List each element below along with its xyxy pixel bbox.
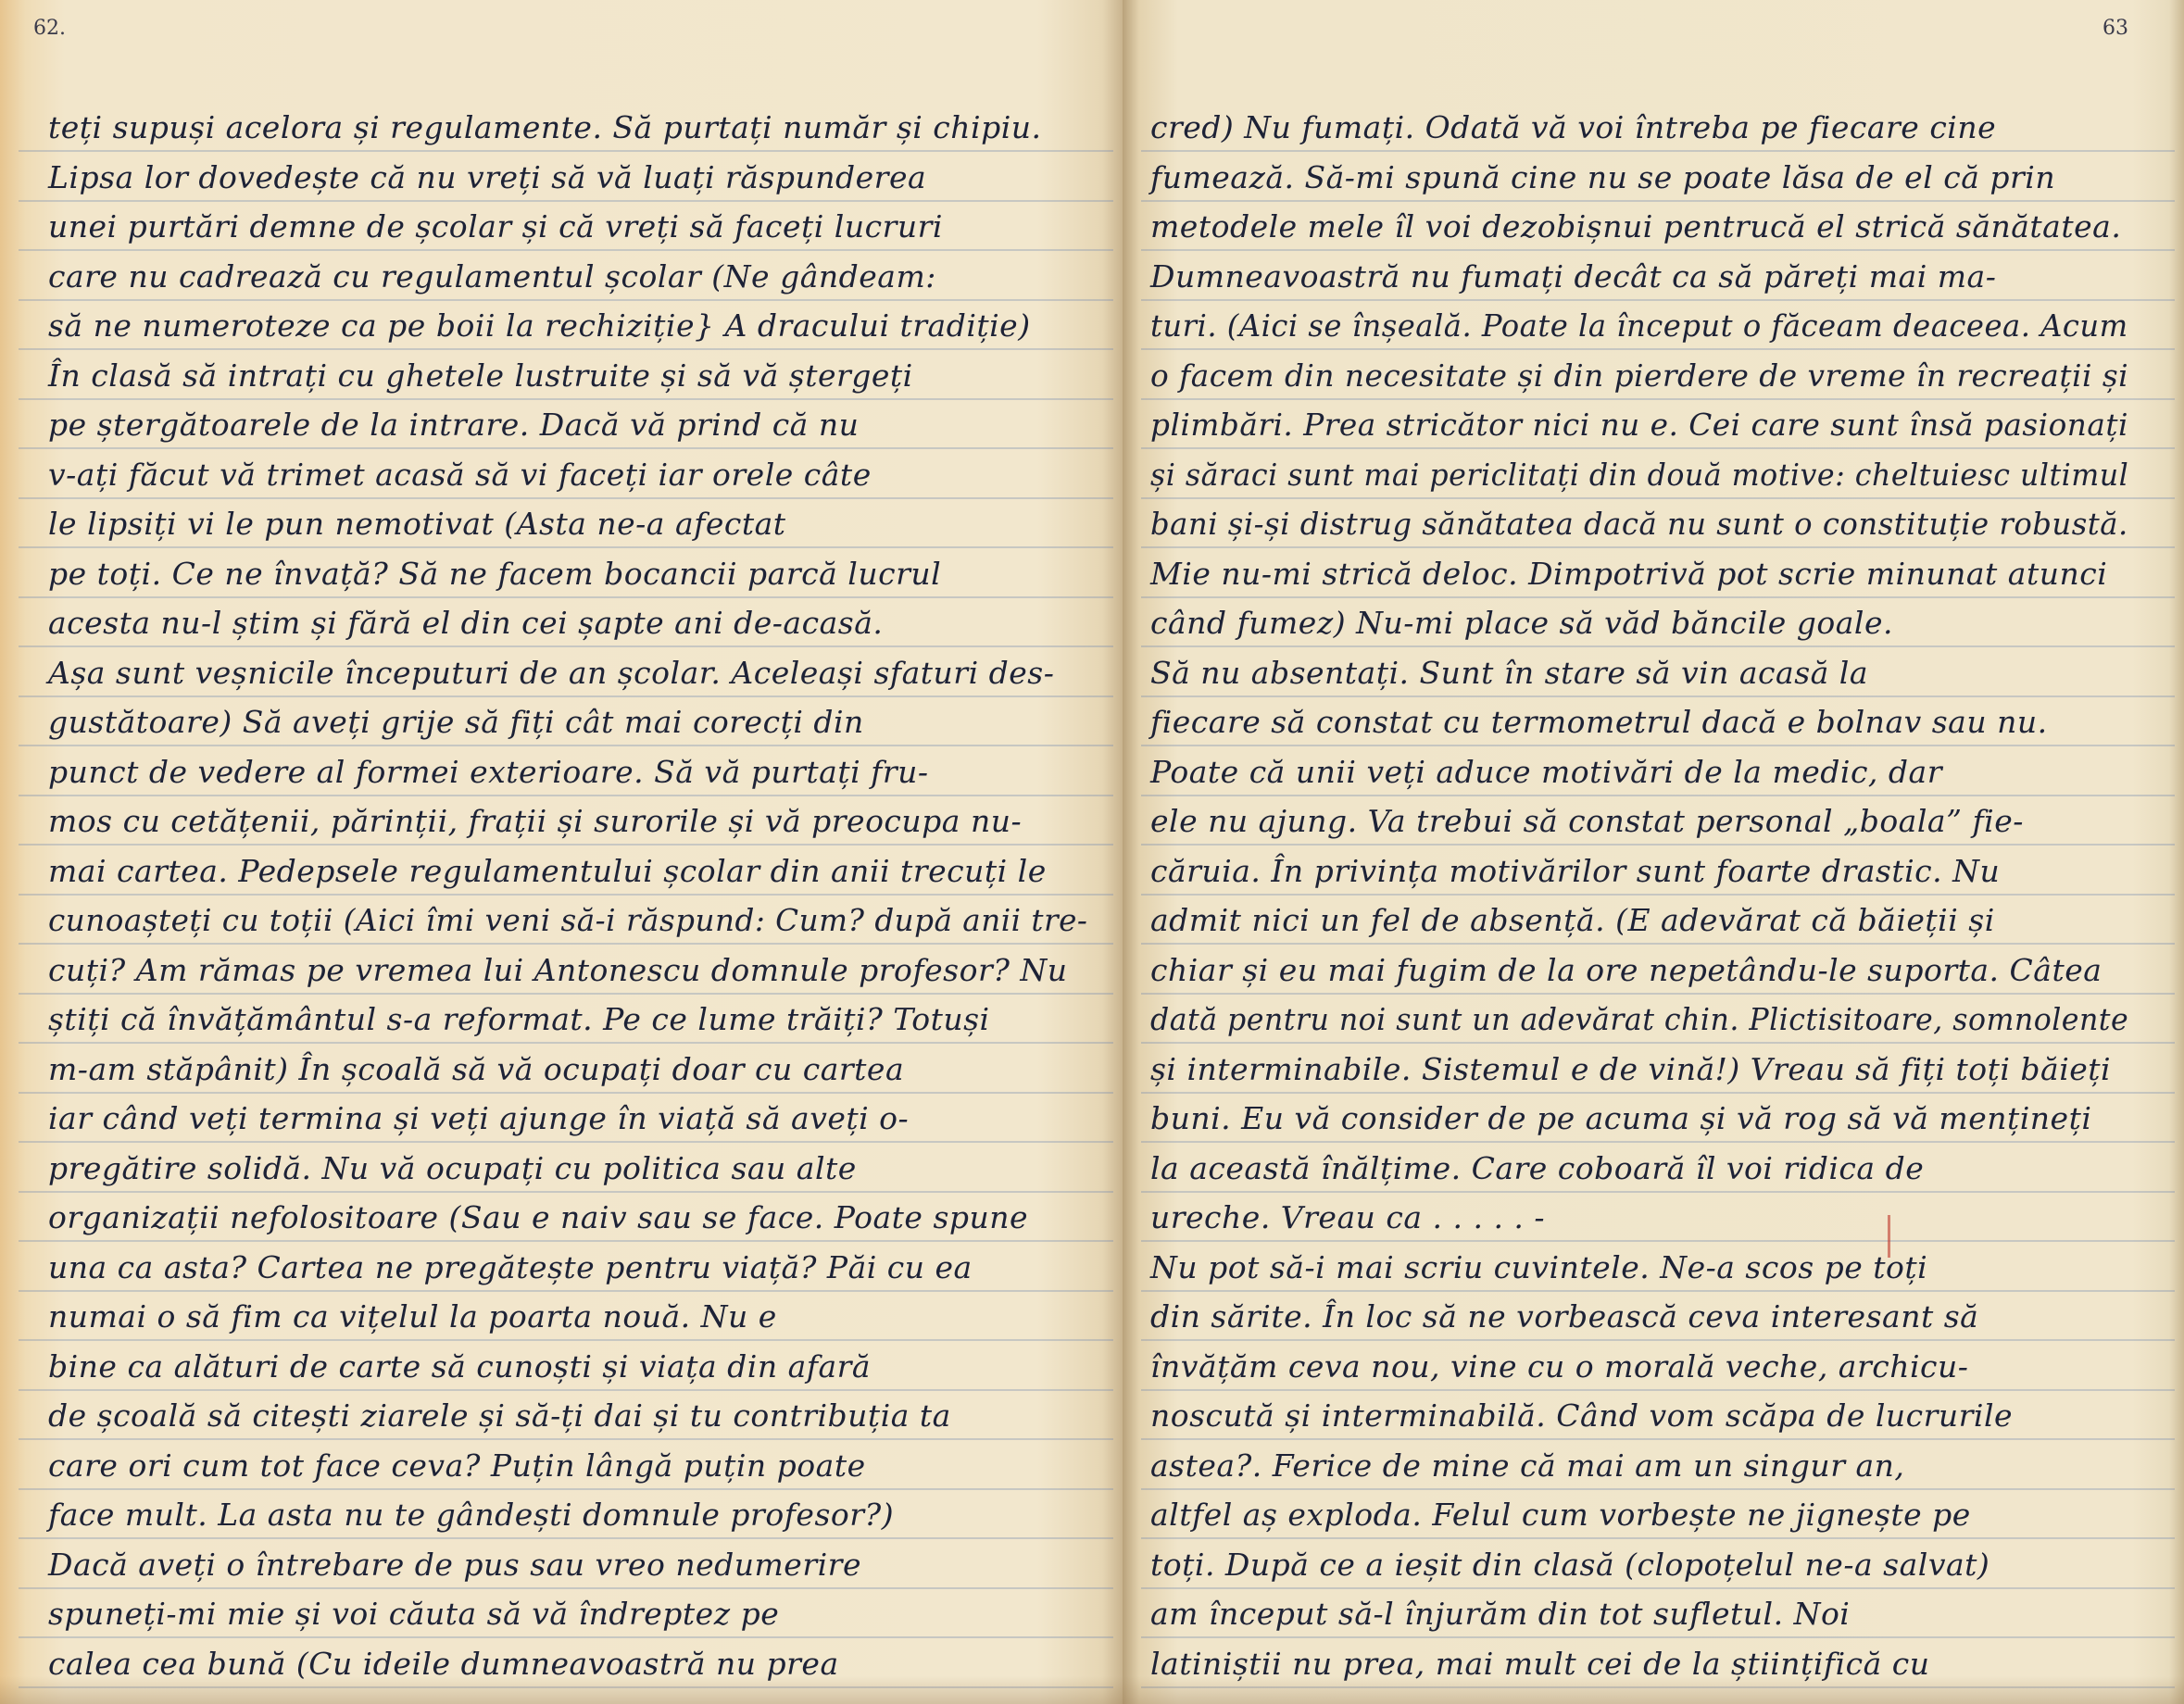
- right-page: 63 cred) Nu fumați. Odată vă voi întreba…: [1123, 0, 2184, 1704]
- left-page: 62. teți supuși acelora și regulamente. …: [0, 0, 1123, 1704]
- handwritten-line: pe toți. Ce ne învață? Să ne facem bocan…: [48, 556, 941, 592]
- ruled-line: [19, 348, 1113, 350]
- handwritten-line: care nu cadrează cu regulamentul școlar …: [48, 258, 936, 294]
- handwritten-line: v-ați făcut vă trimet acasă să vi faceți…: [48, 457, 872, 493]
- ruled-line: [1141, 150, 2175, 152]
- ruled-line: [19, 1339, 1113, 1341]
- ruled-line: [19, 894, 1113, 896]
- ruled-line: [1141, 993, 2175, 995]
- handwritten-line: gustătoare) Să aveți grije să fiți cât m…: [48, 704, 864, 740]
- ruled-line: [1141, 1290, 2175, 1292]
- handwritten-line: Lipsa lor dovedește că nu vreți să vă lu…: [48, 159, 926, 195]
- handwritten-line: să ne numeroteze ca pe boii la rechiziți…: [48, 307, 1031, 344]
- ruled-line: [19, 1587, 1113, 1589]
- handwritten-line: căruia. În privința motivărilor sunt foa…: [1150, 853, 2000, 889]
- handwritten-line: admit nici un fel de absență. (E adevăra…: [1150, 902, 1995, 938]
- ruled-line: [19, 1389, 1113, 1391]
- ruled-line: [1141, 1438, 2175, 1440]
- handwritten-line: cunoașteți cu toții (Aici îmi veni să-i …: [48, 902, 1087, 938]
- ruled-line: [19, 249, 1113, 251]
- handwritten-line: Mie nu-mi strică deloc. Dimpotrivă pot s…: [1150, 556, 2107, 592]
- handwritten-line: Nu pot să-i mai scriu cuvintele. Ne-a sc…: [1150, 1249, 1927, 1285]
- handwritten-line: din sărite. În loc să ne vorbească ceva …: [1150, 1298, 1978, 1334]
- handwritten-line: teți supuși acelora și regulamente. Să p…: [48, 109, 1042, 145]
- handwritten-line: Poate că unii veți aduce motivări de la …: [1150, 754, 1942, 790]
- handwritten-line: toți. După ce a ieșit din clasă (clopoțe…: [1150, 1547, 1989, 1583]
- ruled-line: [19, 1240, 1113, 1242]
- handwritten-line: bine ca alături de carte să cunoști și v…: [48, 1348, 871, 1384]
- handwritten-line: pregătire solidă. Nu vă ocupați cu polit…: [48, 1150, 857, 1186]
- page-number-left: 62.: [33, 17, 66, 40]
- ruled-line: [1141, 249, 2175, 251]
- handwritten-line: mos cu cetățenii, părinții, frații și su…: [48, 803, 1022, 839]
- ruled-line: [1141, 1240, 2175, 1242]
- handwritten-line: turi. (Aici se înșeală. Poate la început…: [1150, 307, 2128, 344]
- handwritten-line: ureche. Vreau ca . . . . . -: [1150, 1199, 1545, 1235]
- ruled-line: [19, 1438, 1113, 1440]
- handwritten-line: altfel aș exploda. Felul cum vorbește ne…: [1150, 1497, 1971, 1533]
- ruled-line: [1141, 943, 2175, 945]
- handwritten-line: când fumez) Nu-mi place să văd băncile g…: [1150, 605, 1893, 641]
- handwritten-line: Așa sunt veșnicile începuturi de an școl…: [48, 655, 1054, 691]
- handwritten-line: și interminabile. Sistemul e de vină!) V…: [1150, 1051, 2111, 1087]
- handwritten-line: am început să-l înjurăm din tot sufletul…: [1150, 1596, 1850, 1632]
- handwritten-line: o facem din necesitate și din pierdere d…: [1150, 357, 2128, 394]
- handwritten-line: buni. Eu vă consider de pe acuma și vă r…: [1150, 1100, 2091, 1136]
- handwritten-line: Dacă aveți o întrebare de pus sau vreo n…: [48, 1547, 861, 1583]
- ruled-line: [1141, 1488, 2175, 1490]
- handwritten-line: Dumneavoastră nu fumați decât ca să păre…: [1150, 258, 1996, 294]
- ruled-line: [19, 299, 1113, 301]
- ruled-line: [19, 398, 1113, 400]
- handwritten-line: ele nu ajung. Va trebui să constat perso…: [1150, 803, 2024, 839]
- handwritten-line: Să nu absentați. Sunt în stare să vin ac…: [1150, 655, 1868, 691]
- handwritten-line: pe ștergătoarele de la intrare. Dacă vă …: [48, 407, 859, 443]
- handwritten-line: le lipsiți vi le pun nemotivat (Asta ne-…: [48, 506, 786, 542]
- ruled-line: [1141, 844, 2175, 846]
- handwritten-line: și săraci sunt mai periclitați din două …: [1150, 457, 2128, 493]
- handwritten-line: de școală să citești ziarele și să-ți da…: [48, 1397, 951, 1434]
- ruled-line: [19, 645, 1113, 647]
- ruled-line: [19, 844, 1113, 846]
- handwritten-line: care ori cum tot face ceva? Puțin lângă …: [48, 1447, 866, 1484]
- ruled-line: [1141, 1537, 2175, 1539]
- ruled-line: [19, 1488, 1113, 1490]
- handwritten-line: metodele mele îl voi dezobișnui pentrucă…: [1150, 208, 2121, 244]
- ruled-line: [1141, 1092, 2175, 1094]
- handwritten-line: dată pentru noi sunt un adevărat chin. P…: [1150, 1001, 2128, 1037]
- ruled-line: [1141, 1587, 2175, 1589]
- ruled-line: [19, 1191, 1113, 1193]
- ruled-line: [19, 993, 1113, 995]
- handwritten-line: fumează. Să-mi spună cine nu se poate lă…: [1150, 159, 2055, 195]
- handwritten-line: numai o să fim ca vițelul la poarta nouă…: [48, 1298, 777, 1334]
- ruled-line: [1141, 1191, 2175, 1193]
- ruled-line: [1141, 1141, 2175, 1143]
- ruled-line: [1141, 745, 2175, 746]
- handwritten-line: noscută și interminabilă. Când vom scăpa…: [1150, 1397, 2013, 1434]
- handwritten-line: bani și-și distrug sănătatea dacă nu sun…: [1150, 506, 2128, 542]
- ruled-line: [1141, 398, 2175, 400]
- ruled-line: [19, 200, 1113, 202]
- handwritten-line: acesta nu-l știm și fără el din cei șapt…: [48, 605, 883, 641]
- handwritten-line: punct de vedere al formei exterioare. Să…: [48, 754, 929, 790]
- ruled-line: [19, 1092, 1113, 1094]
- ruled-line: [1141, 894, 2175, 896]
- handwritten-line: m-am stăpânit) În școală să vă ocupați d…: [48, 1051, 904, 1087]
- ruled-line: [1141, 695, 2175, 697]
- handwritten-line: unei purtări demne de școlar și că vreți…: [48, 208, 943, 244]
- handwritten-line: spuneți-mi mie și voi căuta să vă îndrep…: [48, 1596, 779, 1632]
- page-shadow: [0, 1676, 1123, 1704]
- ruled-line: [19, 150, 1113, 152]
- ruled-line: [19, 1537, 1113, 1539]
- page-shadow: [1123, 1676, 2184, 1704]
- ruled-line: [1141, 497, 2175, 499]
- handwritten-line: chiar și eu mai fugim de la ore nepetând…: [1150, 952, 2102, 988]
- handwritten-line: una ca asta? Cartea ne pregătește pentru…: [48, 1249, 973, 1285]
- ruled-line: [1141, 596, 2175, 598]
- ruled-line: [1141, 795, 2175, 796]
- handwritten-line: plimbări. Prea stricător nici nu e. Cei …: [1150, 407, 2128, 443]
- ruled-line: [1141, 1042, 2175, 1044]
- ruled-line: [1141, 299, 2175, 301]
- ruled-line: [19, 596, 1113, 598]
- handwritten-line: la această înălțime. Care coboară îl voi…: [1150, 1150, 1924, 1186]
- ruled-line: [1141, 1389, 2175, 1391]
- ruled-line: [19, 1042, 1113, 1044]
- ruled-line: [19, 497, 1113, 499]
- ruled-line: [19, 1141, 1113, 1143]
- page-number-right: 63: [2102, 17, 2128, 40]
- ruled-line: [1141, 447, 2175, 449]
- ruled-line: [19, 546, 1113, 548]
- handwritten-line: organizații nefolositoare (Sau e naiv sa…: [48, 1199, 1028, 1235]
- ruled-line: [19, 1636, 1113, 1638]
- handwritten-line: fiecare să constat cu termometrul dacă e…: [1150, 704, 2048, 740]
- red-pen-mark: [1888, 1215, 1890, 1258]
- handwritten-line: iar când veți termina și veți ajunge în …: [48, 1100, 909, 1136]
- ruled-line: [19, 1290, 1113, 1292]
- handwritten-line: cuți? Am rămas pe vremea lui Antonescu d…: [48, 952, 1068, 988]
- ruled-line: [19, 943, 1113, 945]
- handwritten-line: astea?. Ferice de mine că mai am un sing…: [1150, 1447, 1904, 1484]
- ruled-line: [1141, 1339, 2175, 1341]
- handwritten-line: În clasă să intrați cu ghetele lustruite…: [48, 357, 913, 394]
- ruled-line: [1141, 546, 2175, 548]
- ruled-line: [1141, 645, 2175, 647]
- handwritten-line: învățăm ceva nou, vine cu o morală veche…: [1150, 1348, 1968, 1384]
- ruled-line: [1141, 348, 2175, 350]
- handwritten-line: cred) Nu fumați. Odată vă voi întreba pe…: [1150, 109, 1996, 145]
- handwritten-line: știți că învățământul s-a reformat. Pe c…: [48, 1001, 990, 1037]
- ruled-line: [19, 695, 1113, 697]
- ruled-line: [19, 795, 1113, 796]
- ruled-line: [19, 745, 1113, 746]
- ruled-line: [1141, 1636, 2175, 1638]
- ruled-line: [19, 447, 1113, 449]
- handwritten-line: mai cartea. Pedepsele regulamentului șco…: [48, 853, 1047, 889]
- ruled-line: [1141, 200, 2175, 202]
- notebook-spread: 62. teți supuși acelora și regulamente. …: [0, 0, 2184, 1704]
- handwritten-line: face mult. La asta nu te gândești domnul…: [48, 1497, 894, 1533]
